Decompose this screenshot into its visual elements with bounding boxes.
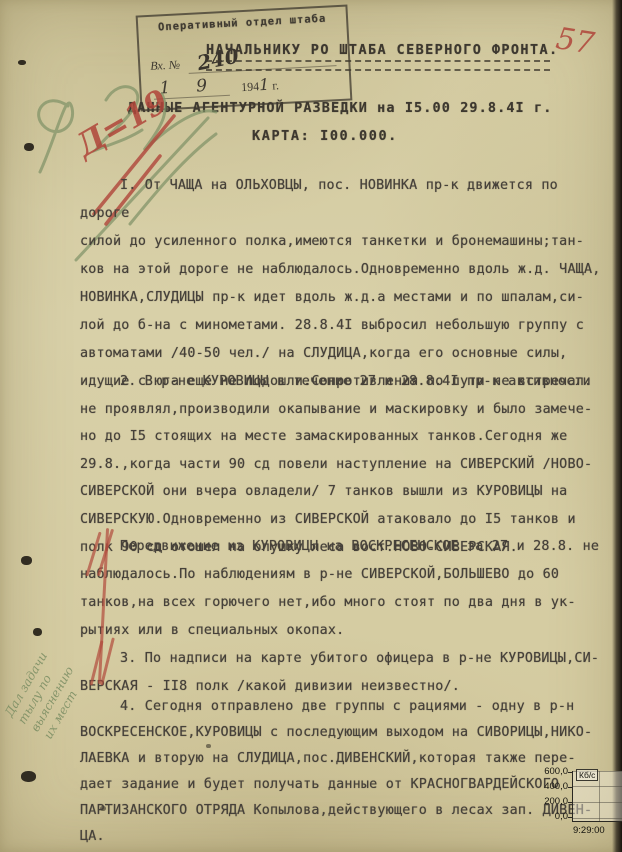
body-paragraph-4: 4. Сегодня отправлено две группы с рация…: [80, 694, 606, 850]
bitrate-osd-overlay: 600,0 400,0 200,0 0,0 Кб/с 9:29:00: [530, 766, 622, 844]
map-scale-line: КАРТА: I00.000.: [252, 128, 398, 144]
paper-speck: [21, 771, 36, 782]
stamp-title: Оперативный отдел штаба: [138, 12, 346, 35]
page-number-handwritten: 57: [553, 21, 596, 62]
scan-dark-edge: [612, 0, 622, 852]
body-paragraph-2b: Передвижение из КУРОВИЦЫ на ВОСКРЕСЕНСКО…: [80, 533, 606, 645]
osd-tick-label: 200,0: [530, 797, 568, 807]
stamp-year-hand: 1: [259, 75, 270, 95]
osd-tick-label: 0,0: [530, 812, 568, 822]
body-paragraph-3: 3. По надписи на карте убитого офицера в…: [80, 645, 606, 701]
osd-time-label: 9:29:00: [573, 825, 605, 836]
osd-unit-label: Кб/с: [576, 769, 598, 781]
osd-vertical-gridline: [599, 771, 600, 821]
osd-tick-label: 600,0: [530, 767, 568, 777]
scanned-document-page: Оперативный отдел штаба Вх. № 240 1 9 19…: [0, 0, 622, 852]
body-paragraph-1: I. От ЧАЩА на ОЛЬХОВЦЫ, пос. НОВИНКА пр-…: [80, 172, 606, 396]
stamp-year-suffix: г.: [272, 78, 279, 92]
paper-speck: [33, 628, 42, 636]
paper-speck: [21, 556, 32, 565]
osd-tick-label: 400,0: [530, 782, 568, 792]
